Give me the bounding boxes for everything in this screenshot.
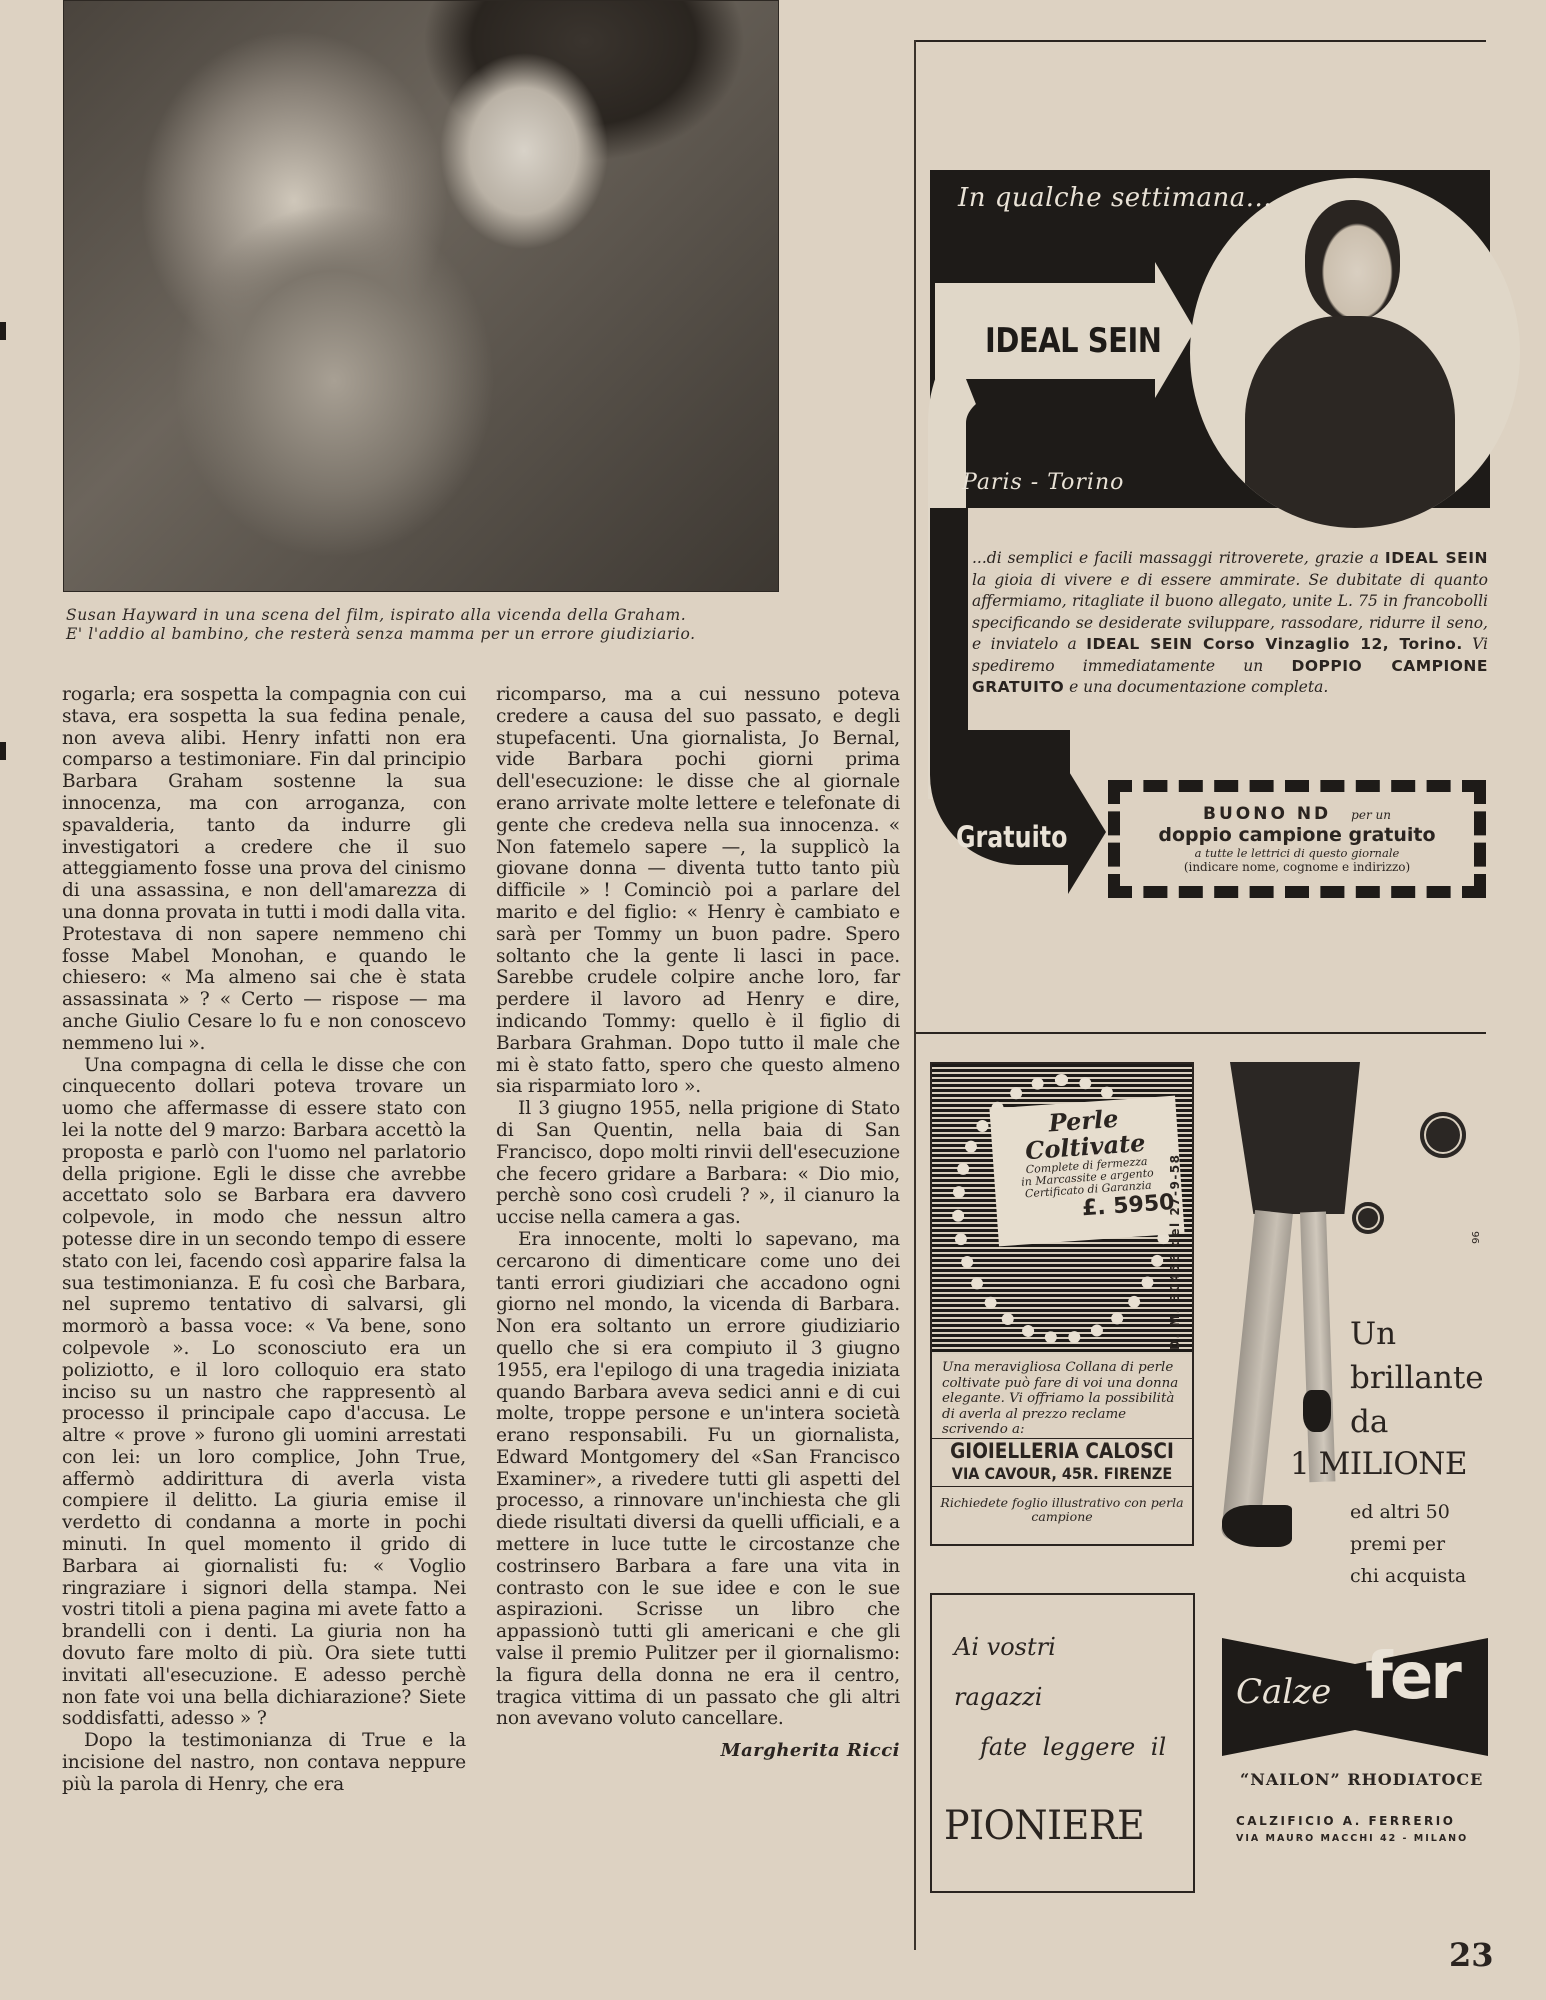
high-heel-icon xyxy=(1303,1390,1331,1432)
fer-material: “NAILON” RHODIATOCE xyxy=(1240,1770,1483,1789)
fer-headline: Un brillante da xyxy=(1350,1312,1484,1444)
gratuito-arrow-head-icon xyxy=(1068,770,1106,894)
diamond-icon xyxy=(1352,1202,1384,1234)
fer-address: VIA MAURO MACCHI 42 - MILANO xyxy=(1236,1833,1468,1844)
model-portrait xyxy=(1190,178,1520,528)
gratuito-label: Gratuito xyxy=(956,820,1067,854)
coupon-audience: a tutte le lettrici di questo giornale xyxy=(1120,846,1474,860)
ad-top-rule xyxy=(916,40,1486,42)
pearl-footer: Richiedete foglio illustrativo con perla… xyxy=(932,1496,1192,1524)
pearl-body-text: Una meravigliosa Collana di perle coltiv… xyxy=(942,1360,1182,1438)
fer-company: CALZIFICIO A. FERRERIO xyxy=(1236,1814,1455,1828)
ideal-sein-tagline: In qualche settimana... xyxy=(958,183,1272,213)
binding-mark xyxy=(0,322,6,340)
article-paragraph: Una compagna di cella le disse che con c… xyxy=(62,1055,466,1731)
fer-subheadline: ed altri 50 premi per chi acquista xyxy=(1350,1496,1466,1592)
fer-prize: 1 MILIONE xyxy=(1290,1446,1467,1482)
small-code: 96 xyxy=(1469,1231,1480,1244)
article-paragraph: Dopo la testimonianza di True e la incis… xyxy=(62,1730,466,1795)
stocking-leg-illustration xyxy=(1221,1210,1293,1542)
page-number: 23 xyxy=(1449,1936,1494,1974)
coupon-cutout[interactable]: BUONO NDper un doppio campione gratuito … xyxy=(1108,780,1486,898)
coupon-instructions: (indicare nome, cognome e indirizzo) xyxy=(1120,860,1474,875)
decree-code: D. M. 30456 del 27-9-58 xyxy=(1168,1153,1182,1350)
fer-logo-script: Calze xyxy=(1236,1672,1331,1712)
article-column-2: ricomparso, ma a cui nessuno poteva cred… xyxy=(496,684,900,1762)
pearl-label-card: Perle Coltivate Complete di fermezza in … xyxy=(989,1096,1184,1247)
article-paragraph: rogarla; era sospetta la compagnia con c… xyxy=(62,684,466,1055)
ideal-sein-copy: ...di semplici e facili massaggi ritrove… xyxy=(972,548,1488,699)
article-paragraph: Era innocente, molti lo sapevano, ma cer… xyxy=(496,1229,900,1730)
author-signature: Margherita Ricci xyxy=(496,1740,900,1762)
binding-mark xyxy=(0,742,6,760)
pioniere-ad: Ai vostri ragazzi fate leggere il PIONIE… xyxy=(930,1593,1195,1893)
stocking-leg-illustration xyxy=(1300,1212,1335,1483)
article-paragraph: Il 3 giugno 1955, nella prigione di Stat… xyxy=(496,1098,900,1229)
coupon-title: BUONO NDper un xyxy=(1120,804,1474,824)
caption-line-1: Susan Hayward in una scena del film, isp… xyxy=(66,606,786,625)
coupon-offer: doppio campione gratuito xyxy=(1120,824,1474,846)
film-still-photo: Susan Hayward embracing a child (film st… xyxy=(63,0,779,592)
pearl-shop: GIOIELLERIA CALOSCI VIA CAVOUR, 45R. FIR… xyxy=(932,1438,1192,1487)
model-sweater-illustration xyxy=(1245,316,1455,528)
pearl-illustration: Perle Coltivate Complete di fermezza in … xyxy=(932,1064,1192,1354)
caption-line-2: E' l'addio al bambino, che resterà senza… xyxy=(66,625,786,644)
high-heel-icon xyxy=(1222,1505,1292,1547)
ad-separator-rule xyxy=(916,1032,1486,1034)
arrow-stem-decoration xyxy=(930,508,968,748)
ideal-sein-brand: IDEAL SEIN xyxy=(985,321,1162,361)
model-head-illustration xyxy=(1305,200,1400,320)
diamond-icon xyxy=(1420,1112,1466,1158)
pearls-ad: Perle Coltivate Complete di fermezza in … xyxy=(930,1062,1194,1546)
fer-logo-brand: fer xyxy=(1365,1640,1459,1714)
article-column-1: rogarla; era sospetta la compagnia con c… xyxy=(62,684,466,1796)
column-divider xyxy=(914,40,916,1950)
pioniere-brand: PIONIERE xyxy=(944,1803,1144,1849)
ideal-sein-city: Paris - Torino xyxy=(962,470,1124,495)
article-paragraph: ricomparso, ma a cui nessuno poteva cred… xyxy=(496,684,900,1098)
photo-caption: Susan Hayward in una scena del film, isp… xyxy=(66,606,786,644)
skirt-illustration xyxy=(1230,1062,1360,1214)
